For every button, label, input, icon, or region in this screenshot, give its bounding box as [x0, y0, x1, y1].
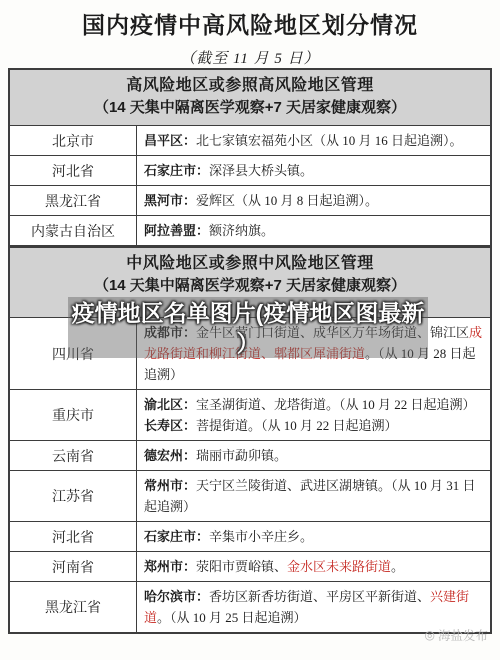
table-row: 江苏省常州市：天宁区兰陵街道、武进区湖塘镇。（从 10 月 31 日起追溯） — [10, 471, 490, 522]
region-text: 瑞丽市勐卯镇。 — [196, 448, 287, 463]
page-title: 国内疫情中高风险地区划分情况 — [0, 0, 500, 40]
region-text: 石家庄市： — [144, 163, 209, 178]
region-cell: 石家庄市：深泽县大桥头镇。 — [137, 156, 490, 185]
table-row: 内蒙古自治区阿拉善盟：额济纳旗。 — [10, 216, 490, 246]
caption-line1: 疫情地区名单图片(疫情地区图最新 — [72, 297, 425, 329]
region-cell: 渝北区：宝圣湖街道、龙塔街道。（从 10 月 22 日起追溯）长寿区：菩提街道。… — [137, 390, 490, 440]
region-text: 。 — [391, 559, 404, 574]
province-cell: 黑龙江省 — [10, 186, 137, 215]
table-row: 重庆市渝北区：宝圣湖街道、龙塔街道。（从 10 月 22 日起追溯）长寿区：菩提… — [10, 390, 490, 441]
province-cell: 江苏省 — [10, 471, 137, 521]
region-cell: 黑河市：爱辉区（从 10 月 8 日起追溯）。 — [137, 186, 490, 215]
region-entry: 德宏州：瑞丽市勐卯镇。 — [144, 445, 486, 466]
region-text-highlight: 金水区未来路街道 — [287, 559, 391, 574]
region-text: 阿拉善盟： — [144, 223, 209, 238]
region-entry: 石家庄市：深泽县大桥头镇。 — [144, 160, 486, 181]
section-subtitle: （14 天集中隔离医学观察+7 天居家健康观察） — [14, 97, 486, 119]
region-cell: 德宏州：瑞丽市勐卯镇。 — [137, 441, 490, 470]
circle-emblem-icon: ◎ — [425, 629, 435, 641]
page-subtitle: （截至 11 月 5 日） — [0, 47, 500, 68]
region-entry: 黑河市：爱辉区（从 10 月 8 日起追溯）。 — [144, 190, 486, 211]
region-cell: 哈尔滨市：香坊区新香坊街道、平房区平新街道、兴建街道。（从 10 月 25 日起… — [137, 582, 490, 632]
section-header: 高风险地区或参照高风险地区管理（14 天集中隔离医学观察+7 天居家健康观察） — [10, 70, 490, 126]
province-cell: 云南省 — [10, 441, 137, 470]
region-text: 长寿区： — [144, 418, 196, 433]
region-cell: 郑州市：荥阳市贾峪镇、金水区未来路街道。 — [137, 552, 490, 581]
watermark-text: 海盐发布 — [438, 626, 488, 644]
region-text: 深泽县大桥头镇。 — [209, 163, 313, 178]
infographic-root: 国内疫情中高风险地区划分情况 （截至 11 月 5 日） 高风险地区或参照高风险… — [0, 0, 500, 660]
region-entry: 昌平区：北七家镇宏福苑小区（从 10 月 16 日起追溯）。 — [144, 130, 486, 151]
region-text: 渝北区： — [144, 397, 196, 412]
province-cell: 河南省 — [10, 552, 137, 581]
province-cell: 黑龙江省 — [10, 582, 137, 632]
region-text: 荥阳市贾峪镇、 — [196, 559, 287, 574]
table-row: 河南省郑州市：荥阳市贾峪镇、金水区未来路街道。 — [10, 552, 490, 582]
region-text: 额济纳旗。 — [209, 223, 274, 238]
region-cell: 昌平区：北七家镇宏福苑小区（从 10 月 16 日起追溯）。 — [137, 126, 490, 155]
region-entry: 石家庄市：辛集市小辛庄乡。 — [144, 526, 486, 547]
section-subtitle: （14 天集中隔离医学观察+7 天居家健康观察） — [14, 275, 486, 297]
province-cell: 河北省 — [10, 522, 137, 551]
region-cell: 常州市：天宁区兰陵街道、武进区湖塘镇。（从 10 月 31 日起追溯） — [137, 471, 490, 521]
region-text: 北七家镇宏福苑小区（从 10 月 16 日起追溯）。 — [196, 133, 463, 148]
province-cell: 重庆市 — [10, 390, 137, 440]
region-text: 德宏州： — [144, 448, 196, 463]
province-cell: 北京市 — [10, 126, 137, 155]
region-entry: 渝北区：宝圣湖街道、龙塔街道。（从 10 月 22 日起追溯） — [144, 394, 486, 415]
region-text: 常州市： — [144, 478, 196, 493]
caption-overlay: 疫情地区名单图片(疫情地区图最新 ） — [68, 297, 428, 358]
province-cell: 河北省 — [10, 156, 137, 185]
region-entry: 哈尔滨市：香坊区新香坊街道、平房区平新街道、兴建街道。（从 10 月 25 日起… — [144, 586, 486, 628]
table-row: 河北省石家庄市：深泽县大桥头镇。 — [10, 156, 490, 186]
table-row: 黑龙江省黑河市：爱辉区（从 10 月 8 日起追溯）。 — [10, 186, 490, 216]
section-title: 中风险地区或参照中风险地区管理 — [14, 253, 486, 275]
region-text: 郑州市： — [144, 559, 196, 574]
region-text: 。（从 10 月 25 日起追溯） — [157, 610, 307, 625]
section-title: 高风险地区或参照高风险地区管理 — [14, 75, 486, 97]
region-text: 石家庄市： — [144, 529, 209, 544]
region-entry: 常州市：天宁区兰陵街道、武进区湖塘镇。（从 10 月 31 日起追溯） — [144, 475, 486, 517]
table-row: 北京市昌平区：北七家镇宏福苑小区（从 10 月 16 日起追溯）。 — [10, 126, 490, 156]
table-row: 黑龙江省哈尔滨市：香坊区新香坊街道、平房区平新街道、兴建街道。（从 10 月 2… — [10, 582, 490, 632]
region-text: 香坊区新香坊街道、平房区平新街道、 — [209, 589, 430, 604]
region-entry: 长寿区：菩提街道。（从 10 月 22 日起追溯） — [144, 415, 486, 436]
region-entry: 郑州市：荥阳市贾峪镇、金水区未来路街道。 — [144, 556, 486, 577]
watermark: ◎ 海盐发布 — [425, 626, 489, 644]
caption-line2: ） — [237, 329, 260, 357]
region-text: 哈尔滨市： — [144, 589, 209, 604]
region-text: 宝圣湖街道、龙塔街道。（从 10 月 22 日起追溯） — [196, 397, 476, 412]
table-row: 云南省德宏州：瑞丽市勐卯镇。 — [10, 441, 490, 471]
region-text: 昌平区： — [144, 133, 196, 148]
region-entry: 阿拉善盟：额济纳旗。 — [144, 220, 486, 241]
region-text: 菩提街道。（从 10 月 22 日起追溯） — [196, 418, 398, 433]
province-cell: 内蒙古自治区 — [10, 216, 137, 245]
table-row: 河北省石家庄市：辛集市小辛庄乡。 — [10, 522, 490, 552]
region-text: 辛集市小辛庄乡。 — [209, 529, 313, 544]
region-cell: 阿拉善盟：额济纳旗。 — [137, 216, 490, 245]
region-cell: 石家庄市：辛集市小辛庄乡。 — [137, 522, 490, 551]
region-text: 爱辉区（从 10 月 8 日起追溯）。 — [196, 193, 378, 208]
region-text: 黑河市： — [144, 193, 196, 208]
